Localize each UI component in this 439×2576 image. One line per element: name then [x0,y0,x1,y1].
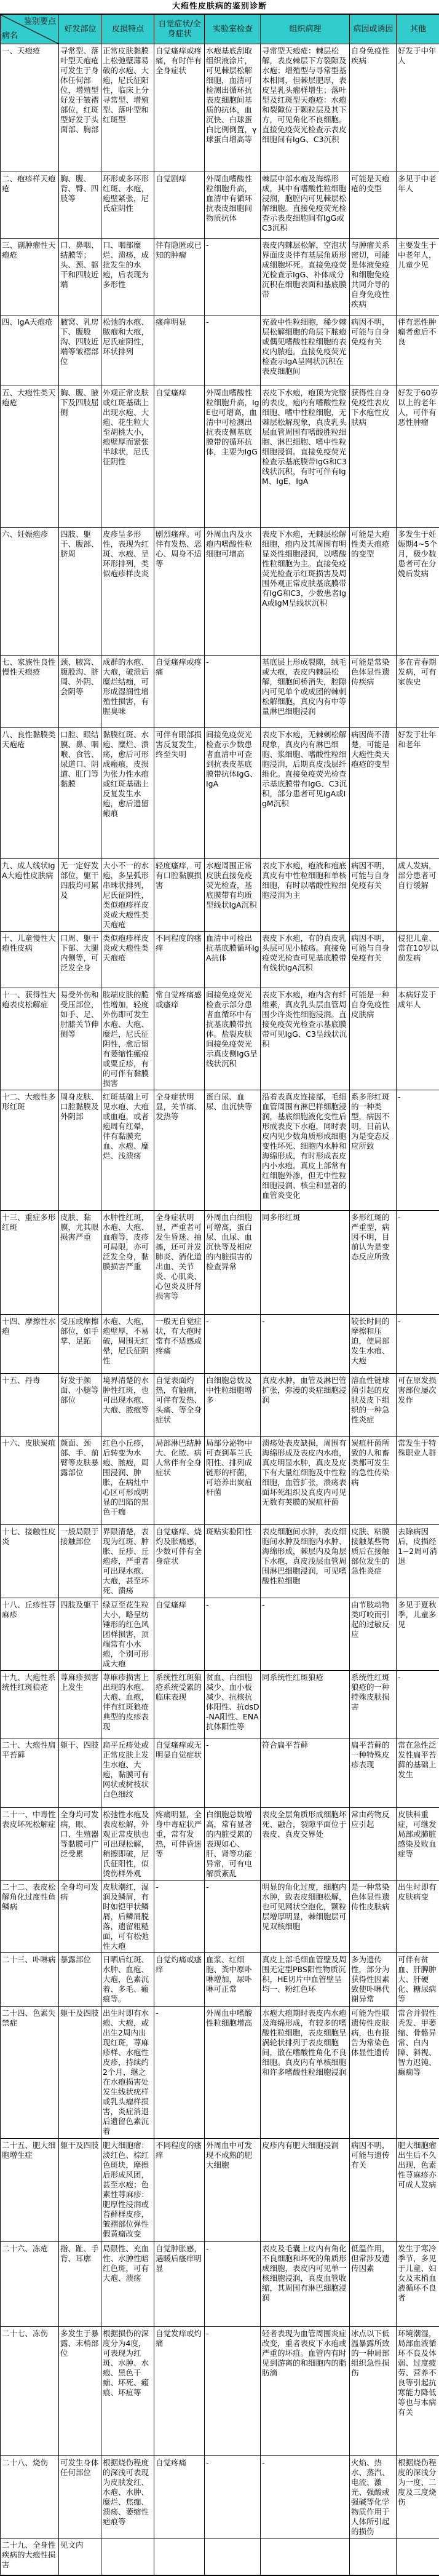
site-cell: 荨麻疹损害上发生 [59,1671,101,1738]
lab-cell: - [205,239,261,315]
corner-label-criteria: 鉴别要点 [24,17,56,27]
table-row: 十八、丘疹性荨麻疹四肢及躯干绿豆至花生粒大小，略呈纺锤形的红色风团样损害，顶端常… [1,1598,439,1671]
cause-cell: 可能为性联遗传性皮肤病，也有报告为常染色体显性遗传 [350,2007,397,2139]
cause-cell: 可能是常染色体显性遗传疾病 [350,656,397,728]
cause-cell: 炭疽杆菌所致的人和畜类都可发生的急性传染病 [350,1437,397,1525]
lesion-cell: 日晒后红斑、水肿、血疱、大疱，色素沉着、多毛、瘢痕等。 [101,1953,154,2007]
disease-name-cell: 六、妊娠疱疹 [1,528,59,656]
disease-name-cell: 二十、大疱性扁平苔藓 [1,1738,59,1808]
site-cell: 寻常型、落叶型天疱疮可发生于身体任何部位，增殖型好发于皱褶部位，红斑型好发于头面… [59,44,101,172]
other-cell: 常在急性泛发性扁平苔藓的基础上发生 [397,1738,439,1808]
pathology-cell: 皮疹内有肥大细胞浸润 [261,2139,350,2242]
lab-cell: - [205,1880,261,1953]
cause-cell: 皮肤、粘膜接触某些物质后在接触部位发生的急性炎症 [350,1525,397,1598]
table-row: 八、良性黏膜类天疱疮口腔、眼结膜、鼻、咽喉、食管、尿道口、阴道、肛门等黏膜黏膜红… [1,728,439,859]
pathology-cell: 水疱大疱期时表皮内水疱及海绵形成，有较多的嗜酸性粒细胞，表皮细胞呈涡轮状排列于表… [261,2007,350,2139]
lesion-cell: 根据烧伤程度的深浅可表现为皮肤发红、水疱、水肿、糜烂、焦痂、溃疡、萎缩性疤痕等 [101,2456,154,2538]
other-cell: 皮肤科重症，可继发局部或肺脏感染及败血症等 [397,1808,439,1880]
other-cell: 常发生于特殊职业人群 [397,1437,439,1525]
other-cell: - [397,1671,439,1738]
table-row: 十九、大疱性系统性红斑狼疮荨麻疹损害上发生荨麻疹损害上出现的水疱、大疱、血疱，伴… [1,1671,439,1738]
other-cell: 常合并假性秃发、甲萎缩、骨骼异常、白内障、斜视、智力迟钝、癫痫等 [397,2007,439,2139]
lab-cell: - [205,2327,261,2456]
disease-name-cell: 九、成人线状IgA大疱性皮肤病 [1,859,59,932]
other-cell: 发生于寒冷季节，多见于儿童、妇女及末梢血液循环不良者 [397,2242,439,2327]
symptom-cell: 瘙痒明显 [154,315,205,386]
symptom-cell [154,2538,205,2575]
other-cell: - [397,1211,439,1315]
column-header-cause: 病因或诱因 [350,14,397,44]
table-row: 二十一、中毒性表皮坏死松解症全身均可发病，眼、口、生殖器等黏膜可广泛受累松弛性水… [1,1808,439,1880]
symptom-cell: 自觉瘙痒或疼痛 [154,656,205,728]
table-row: 十一、获得性大疱表皮松解症易受外伤和受压部位，如手、足、肘膝关节伸侧等肢端皮肤的… [1,988,439,1090]
site-cell: 多发生于暴露、末梢部位 [59,2327,101,2456]
lesion-cell: 环形或多环形红斑、水疱，疱壁紧张，尼氏症阴性 [101,172,154,239]
disease-name-cell: 二十三、卟啉病 [1,1953,59,2007]
symptom-cell: 不同程度的瘙痒 [154,932,205,988]
lab-cell: 蛋白尿、血尿、血沉快等 [205,1090,261,1211]
lesion-cell: 正常皮肤黏膜上松弛壁薄易破的水疱、大疱，尼氏征阳性，临床上分寻常型、增殖型、落叶… [101,44,154,172]
disease-name-cell: 十四、摩擦性水疱 [1,1315,59,1374]
symptom-cell: 自觉灼痛或瘙痒 [154,1953,205,2007]
pathology-cell: 表皮细胞间水肿，表皮细胞间水肿及细胞内水肿、海绵形成，棘层内及角层下水疱，真皮浅… [261,1525,350,1598]
lesion-cell: 红色小丘疹，后转变为水疱、脓疱，周围浸润、肿胀，在病灶中心区可形成明显的凹陷的黑… [101,1437,154,1525]
disease-name-cell: 四、IgA天疱疮 [1,315,59,386]
lesion-cell: 皮疹呈多形性，表现为红斑、水疱、呈环形排列，类似疱疹样皮炎 [101,528,154,656]
lab-cell: 白细胞总数增高，常有显著的内脏受累的表现如心、肝、肾等功能异常，可有电解质紊乱 [205,1808,261,1880]
site-cell: 指、趾、手背、耳廓 [59,2242,101,2327]
site-cell: 颈、腋窝、腹股沟、脐周、外阴、会阴等 [59,656,101,728]
lab-cell: 外周血嗜酸性粒细胞升高，IgE也可增高，血清中可检测出抗表皮侧基底膜带的循环抗体… [205,386,261,528]
symptom-cell: 自觉瘙痒或疼痛，有时伴有全身症状 [154,44,205,172]
symptom-cell: 可伴有眼部损害反复发生，终至失明 [154,728,205,859]
pathology-cell: 明显的角化过度，细胞内水肿，致表皮细胞松解，也可见网状空泡化，颗粒层增厚明显，棘… [261,1880,350,1953]
pathology-cell: 同系统性红斑狼疮 [261,1671,350,1738]
site-cell: 口周、躯干下部、大腿内侧等，可泛发全身 [59,932,101,988]
pathology-cell: 充盈中性粒细胞，稀少棘层松解细胞的角层下脓疱或偶见嗜酸性粒细胞的表皮内脓疱。直接… [261,315,350,386]
site-cell: 口腔、眼结膜、鼻、咽喉、食管、尿道口、阴道、肛门等黏膜 [59,728,101,859]
lesion-cell: 局限性、充血性、水肿性暗红色斑，可有大疱、溃疡 [101,2242,154,2327]
other-cell: 本病好发于成年人 [397,988,439,1090]
site-cell: 胸、腹、背、臀、四肢等 [59,172,101,239]
site-cell: 四肢、躯干、腹部、脐周 [59,528,101,656]
other-cell: 好发于中年人 [397,44,439,172]
table-row: 七、家族性良性慢性天疱疮颈、腋窝、腹股沟、脐周、外阴、会阴等成群的水疱、大疱，破… [1,656,439,728]
lab-cell: 间接免疫荧光检查示部分患者血循环中有抗基底膜带抗体。盐裂皮肤间接免疫荧光示真皮侧… [205,988,261,1090]
cause-cell: 病因不明，可能与遗传有关 [350,2139,397,2242]
lesion-cell: 松弛的水疱、脓疱和大疱，尼氏症阴性，环状排列 [101,315,154,386]
lesion-cell [101,2538,154,2575]
lab-cell: 白细胞总数及中性粒细胞增多 [205,1374,261,1437]
site-cell: 皮肤、黏膜，尤其眼损害严重 [59,1211,101,1315]
column-header-symptom: 自觉症状/全身症状 [154,14,205,44]
pathology-cell: 表皮下水疱，疱内含有纤维素，真皮乳头层血管周围少许炎性细胞浸润。直接免疫荧光检查… [261,988,350,1090]
disease-name-cell: 二十二、表皮松解角化过度性鱼鳞病 [1,1880,59,1953]
site-cell: 腋窝、乳房下、腹股沟、四肢近端等皱褶部位 [59,315,101,386]
table-row: 二十九、全身性疾病的大疱性损害见文内 [1,2538,439,2575]
pathology-cell: 符合扁平苔藓 [261,1738,350,1808]
symptom-cell: - [154,1880,205,1953]
lesion-cell: 肥大细胞瘤：淡红色、棕红色斑块，摩擦后形成风团，甚至水疱；色素性荨麻疹：肥厚性浸… [101,2139,154,2242]
lesion-cell: 扁平丘疹处或正常皮肤上发生水疱、大疱，黏膜可有网状或树枝状白色细纹 [101,1738,154,1808]
lab-cell: - [205,2456,261,2538]
lab-cell: - [205,1738,261,1808]
lab-cell [205,2538,261,2575]
cause-cell: 与肿瘤关系密切，可能是体液免疫和细胞免疫共同介导的自身免疫性疾病 [350,239,397,315]
other-cell: 出生时即有皮肤病变 [397,1880,439,1953]
site-cell: 受压或摩擦部位，如手掌、足跖 [59,1315,101,1374]
cause-cell: 多形红斑的严重型，病因不明，目前认为是变态反应所致 [350,1211,397,1315]
site-cell: 一般局限于接触部位 [59,1525,101,1598]
site-cell: 周身皮肤、口腔黏膜及外阴部 [59,1090,101,1211]
other-cell: - [397,1315,439,1374]
symptom-cell: 自觉瘙痒 [154,1598,205,1671]
disease-name-cell: 十八、丘疹性荨麻疹 [1,1598,59,1671]
cause-cell: 自身免疫性疾病 [350,44,397,172]
disease-name-cell: 十七、接触性皮炎 [1,1525,59,1598]
site-cell: 易受外伤和受压部位，如手、足、肘膝关节伸侧等 [59,988,101,1090]
other-cell: 多见于夏秋季，儿童多见 [397,1598,439,1671]
differential-diagnosis-table: 鉴别要点 病名 好发部位 皮损特点 自觉症状/全身症状 实验室检查 组织病理 病… [0,14,439,2576]
lesion-cell: 皮肤潮红，湿润及鳞屑，有时如铠甲状鳞屑，后鳞屑脱落，遗留粗糙面，可有松弛性大疱 [101,1880,154,1953]
lab-cell: 外周血白细胞可增高，蛋白尿、血尿、血沉快等及相应的内脏损害的检查异常 [205,1211,261,1315]
disease-name-cell: 五、大疱性类天疱疮 [1,386,59,528]
symptom-cell: 系统性红斑狼疮系统受累的临床表现 [154,1671,205,1738]
disease-name-cell: 一、天疱疮 [1,44,59,172]
page-title: 大疱性皮肤病的鉴别诊断 [0,0,439,14]
header-row: 鉴别要点 病名 好发部位 皮损特点 自觉症状/全身症状 实验室检查 组织病理 病… [1,14,439,44]
pathology-cell: 沿着表真皮连接部，毛细血管周围有淋巴样细胞浸润，基底细胞液化变性后形成表皮下水疱… [261,1090,350,1211]
cause-cell: 多为遗传性，部分为获得性因素致使卟啉代谢异常 [350,1953,397,2007]
other-cell: 可伴有贫血、肝脾肿大、肝硬化、糖尿病等 [397,1953,439,2007]
pathology-cell: 表皮内棘层松解，空泡状界面皮炎伴有基层角质形成细胞坏死。直接免疫荧光检查示IgG… [261,239,350,315]
corner-header-cell: 鉴别要点 病名 [1,14,59,44]
lesion-cell: 根据损伤的深度分为4度，可表现为红斑、水肿、水疱、黑色干痂、坏死、瘢痕、坏疽等 [101,2327,154,2456]
site-cell: 颜面、颈部、手、前臂等皮肤暴露部位 [59,1437,101,1525]
lab-cell: - [205,1315,261,1374]
lab-cell: 外周血中嗜酸性粒细胞增高 [205,2007,261,2139]
cause-cell: 火焰、热水、蒸汽、电流、激光、强酸或强碱等化学物质作用于人体所引起的损伤 [350,2456,397,2538]
cause-cell: 病因不明，可能与自身免疫有关 [350,932,397,988]
cause-cell: 病因不明，可能与自身免疫有关 [350,859,397,932]
lab-cell: 水疱基底刮取组织液涂片，可见棘层松解细胞，血清可检测出循环抗表皮细胞间基质的抗体… [205,44,261,172]
disease-name-cell: 三、副肿瘤性天疱疮 [1,239,59,315]
lesion-cell: 类似疱疹样皮炎或大疱性类天疱疮 [101,932,154,988]
other-cell: 根据烧伤程度的深浅分为一度、二度及三度烧伤 [397,2456,439,2538]
pathology-cell: - [261,2456,350,2538]
lab-cell: - [205,656,261,728]
table-row: 二十三、卟啉病暴露部位日晒后红斑、水肿、血疱、大疱，色素沉着、多毛、瘢痕等。自觉… [1,1953,439,2007]
pathology-cell: 寻常型天疱疮：棘层松解，表皮棘层下方裂隙及水疱；增殖型与寻常型基本相同，但棘层肥… [261,44,350,172]
pathology-cell: 真皮上部毛细血管壁及周围无定型PBS阳性物质沉积，HE切片中血管壁呈均一、粉红色… [261,1953,350,2007]
table-row: 二十八、烧伤可发生身体任何部位根据烧伤程度的深浅可表现为皮肤发红、水疱、水肿、糜… [1,2456,439,2538]
lesion-cell: 黏膜红斑、水疱、糜烂、溃疡，愈后可形成瘢痕，皮损为张力性水疱或红斑基础上反复发生… [101,728,154,859]
lesion-cell: 成群的水疱、大疱，破溃后糜烂结痂，可形成湿润性增殖性损害，有腥臭味 [101,656,154,728]
disease-name-cell: 二十九、全身性疾病的大疱性损害 [1,2538,59,2575]
pathology-cell: 表皮下水疱，有的真皮乳头层可见小脓疡。直接免疫荧光检查可见基底膜带有线状IgA沉… [261,932,350,988]
table-row: 二十、大疱性扁平苔藓躯干、四肢扁平丘疹处或正常皮肤上发生水疱、大疱，黏膜可有网状… [1,1738,439,1808]
disease-name-cell: 十三、重症多形红斑 [1,1211,59,1315]
table-row: 二十四、色素失禁症躯干及四肢出生时即有水疱、大疱，或出生2周内出现红斑，荨麻疹样… [1,2007,439,2139]
symptom-cell: 自觉瘙痒 [154,386,205,528]
column-header-lab: 实验室检查 [205,14,261,44]
site-cell: 躯干、四肢 [59,1738,101,1808]
cause-cell: 病因不明，可能与自身免疫有关 [350,315,397,386]
lab-cell: 外周血中可发现不成熟的肥大细胞 [205,2139,261,2242]
symptom-cell: 自觉疼痛 [154,2456,205,2538]
pathology-cell: 表皮下水疱，无棘刺松解现象，真皮内有淋巴细胞、浆细胞、嗜酸性粒细胞浸润，后期真皮… [261,728,350,859]
cause-cell: 系多形红斑的一种类型，病因不明，目前认为是变态反应所致 [350,1090,397,1211]
site-cell: 可发生身体任何部位 [59,2456,101,2538]
pathology-cell: - [261,1315,350,1374]
other-cell: 多发生于妊娠期4~5个月，极少数患者可在分娩后发病 [397,528,439,656]
cause-cell: 常由药物反应引起 [350,1808,397,1880]
disease-name-cell: 二十一、中毒性表皮坏死松解症 [1,1808,59,1880]
cause-cell: 溶血性链球菌引起的皮肤及皮下组织的一种急性炎症 [350,1374,397,1437]
symptom-cell: 自觉表面灼热，有触痛，可伴有发热、头痛、等全身症状 [154,1374,205,1437]
disease-name-cell: 八、良性黏膜类天疱疮 [1,728,59,859]
pathology-cell: 基底层上形成裂隙，绒毛或大疱，表皮内棘层松解，细胞间桥消失，腔隙内可见单个或成团… [261,656,350,728]
site-cell: 暴露部位 [59,1953,101,2007]
cause-cell: 可能是大疱性类天疱疮的变型 [350,528,397,656]
lab-cell: 局部分泌物中可查到革兰氏阳性、排列成链形的杆菌，可培养出炭疽杆菌 [205,1437,261,1525]
site-cell: 全身均可发病，眼、口、生殖器等黏膜可广泛受累 [59,1808,101,1880]
other-cell: 肥大细胞瘤出生后不久出现，色素性荨麻疹亦可成人发病 [397,2139,439,2242]
symptom-cell: 全身症状明显，严重者可发生昏迷、抽搐，还可并发肺炎、消化道出血、关节炎、心肌炎、… [154,1211,205,1315]
pathology-cell: 表皮下水疱，疱顶为完整的表皮，疱内有嗜酸性粒细胞、嗜中性粒细胞，无棘层松解现象，… [261,386,350,528]
cause-cell: 较长时间的摩擦和压迫，使局部发生水疱、大疱 [350,1315,397,1374]
site-cell: 胸、腹、腋下及四肢屈侧 [59,386,101,528]
table-row: 十七、接触性皮炎一般局限于接触部位界限清楚，表现为红斑、肿胀、丘疹、丘疱疹，严重… [1,1525,439,1598]
disease-name-cell: 二、疱疹样天疱疮 [1,172,59,239]
other-cell: 成人发病，部分患者可自行缓解 [397,859,439,932]
symptom-cell: 自觉瘙痒或无明显自觉症状 [154,1738,205,1808]
column-header-pathology: 组织病理 [261,14,350,44]
pathology-cell: 棘层中部水疱及海绵形成，其中有嗜酸性粒细胞浸润，胞腔内可见棘层松解细胞。直接免疫… [261,172,350,239]
other-cell: 去除病因后，皮损经1~2周可消退 [397,1525,439,1598]
lab-cell: 间接免疫荧光检查示少数患者血清中可查到抗表皮基底膜带抗体IgG、IgA [205,728,261,859]
site-cell: 好发于颜面、小腿等部位 [59,1374,101,1437]
other-cell: 伴有恶性肿瘤者愈后不良 [397,315,439,386]
symptom-cell: 轻度瘙痒，可有口腔黏膜损害 [154,859,205,932]
table-row: 五、大疱性类天疱疮胸、腹、腋下及四肢屈侧外观正常皮肤或红斑基础上出现水疱、大疱、… [1,386,439,528]
disease-name-cell: 二十八、烧伤 [1,2456,59,2538]
other-cell: - [397,1090,439,1211]
pathology-cell: 溃疡处表皮缺损，周围有海绵形成及表皮内水疱，真皮明显水肿，真皮及皮下有大量红细胞… [261,1437,350,1525]
symptom-cell: 自觉剧痒 [154,172,205,239]
lesion-cell: 外观正常皮肤或红斑基础上出现水疱、大疱、花生粒大至胡桃大小，疱壁厚而紧张半球状，… [101,386,154,528]
table-row: 二十七、冻伤多发生于暴露、末梢部位根据损伤的深度分为4度，可表现为红斑、水肿、水… [1,2327,439,2456]
lab-cell: - [205,1598,261,1671]
disease-name-cell: 十五、丹毒 [1,1374,59,1437]
symptom-cell: - [154,2007,205,2139]
pathology-cell: 表皮下水疱，无棘层松解细胞，疱内及其周围有明显炎性细胞浸润，以嗜酸性粒细胞为主。… [261,528,350,656]
disease-name-cell: 二十七、冻伤 [1,2327,59,2456]
disease-name-cell: 二十四、色素失禁症 [1,2007,59,2139]
other-cell: 多在青春期发病，可有家族史 [397,656,439,728]
symptom-cell: 全身症状明显，关节痛、发热等 [154,1090,205,1211]
table-body: 一、天疱疮寻常型、落叶型天疱疮可发生于身体任何部位，增殖型好发于皱褶部位，红斑型… [1,44,439,2575]
symptom-cell: 疼痛明显，全身中毒症状严重，常有发热，可伴昏迷等 [154,1808,205,1880]
lesion-cell: 境界清楚的水肿性红斑，也可出现水疱、大疱、脓疱等 [101,1374,154,1437]
lab-cell: 贫血、白细胞减少、血小板减少、抗核抗体阳性、抗dsD-NA阳性、ENA抗体阳性等 [205,1671,261,1738]
column-header-site: 好发部位 [59,14,101,44]
disease-name-cell: 二十六、冻疮 [1,2242,59,2327]
pathology-cell: 表皮全层角质形成细胞坏死、融合，裂隙平面位于表皮、真皮交界处 [261,1808,350,1880]
pathology-cell: - [261,1598,350,1671]
cause-cell: 可能是一种自身免疫性皮肤病 [350,988,397,1090]
site-cell: 全身均可发病 [59,1880,101,1953]
column-header-lesion: 皮损特点 [101,14,154,44]
column-header-other: 其他 [397,14,439,44]
symptom-cell: 不同程度的瘙痒 [154,2139,205,2242]
other-cell: 好发于60岁以上的老年人，可伴有恶性肿瘤 [397,386,439,528]
cause-cell: 冰点以下低温暴露所致的一种局部组织急性损伤 [350,2327,397,2456]
cause-cell: 病因尚不清楚，可能是大疱性类天疱疮的变型 [350,728,397,859]
site-cell: 无一定好发部位，躯干四肢均可累及 [59,859,101,932]
cause-cell: 系统性红斑狼疮的一种特殊皮肤损害 [350,1671,397,1738]
disease-name-cell: 十、儿童慢性大疱性皮病 [1,932,59,988]
disease-name-cell: 七、家族性良性慢性天疱疮 [1,656,59,728]
lesion-cell: 肢端皮肤的脆性增加，轻度外伤即可发生水疱、大疱、糜烂，尼氏征阴性，愈后留有萎缩性… [101,988,154,1090]
table-row: 九、成人线状IgA大疱性皮肤病无一定好发部位，躯干四肢均可累及大小不一的水疱，多… [1,859,439,932]
table-row: 二、疱疹样天疱疮胸、腹、背、臀、四肢等环形或多环形红斑、水疱，疱壁紧张，尼氏症阴… [1,172,439,239]
table-row: 十二、大疱性多形红斑周身皮肤、口腔黏膜及外阴部红斑基础上可见水疱、大疱或血疱，或… [1,1090,439,1211]
symptom-cell: 局部淋巴结肿大、化脓、病人常伴有全身症状 [154,1437,205,1525]
lab-cell: - [205,2242,261,2327]
symptom-cell: 伴有隐匿或已知的肿瘤 [154,239,205,315]
lesion-cell: 红斑基础上可见水疱、大疱或血疱，或者疱周有红晕，伴有黏膜充血、水疱、糜烂、浅溃疡 [101,1090,154,1211]
table-row: 四、IgA天疱疮腋窝、乳房下、腹股沟、四肢近端等皱褶部位松弛的水疱、脓疱和大疱，… [1,315,439,386]
table-row: 二十五、肥大细胞增生症躯干及四肢肥大细胞瘤：淡红色、棕红色斑块，摩擦后形成风团，… [1,2139,439,2242]
symptom-cell: 剧烈瘙痒。可伴有发热、恶心、周身不适等 [154,528,205,656]
symptom-cell: 自觉发痒或灼痛 [154,2327,205,2456]
table-row: 二十二、表皮松解角化过度性鱼鳞病全身均可发病皮肤潮红，湿润及鳞屑，有时如铠甲状鳞… [1,1880,439,1953]
corner-label-disease: 病名 [2,31,18,41]
site-cell: 躯干及四肢 [59,2007,101,2139]
pathology-cell [261,2538,350,2575]
lesion-cell: 水肿性红斑，水疱、大疱、血疱等，皮疹可局限，亦可泛发全身，黏膜损害严重 [101,1211,154,1315]
symptom-cell: 一般无自觉症状，有大疱时常有不适感或疼痛 [154,1315,205,1374]
table-row: 十六、皮肤炭疽颜面、颈部、手、前臂等皮肤暴露部位红色小丘疹，后转变为水疱、脓疱，… [1,1437,439,1525]
other-cell [397,2538,439,2575]
cause-cell: 低温作用，但常涉及遗传因素 [350,2242,397,2327]
lab-cell: 外周血嗜酸性粒细胞升高，血清中有循环抗表皮细胞间物质抗体 [205,172,261,239]
lab-cell: 血浆、红细胞、粪中原卟啉增加，尿卟啉可正常 [205,1953,261,2007]
lab-cell: - [205,315,261,386]
lesion-cell: 口、咽部糜烂、溃疡，成批发生的水疱，后表现为多形性 [101,239,154,315]
cause-cell [350,2538,397,2575]
lab-cell: 外周血内及水疱内嗜酸性粒细胞可增高 [205,528,261,656]
table-row: 一、天疱疮寻常型、落叶型天疱疮可发生于身体任何部位，增殖型好发于皱褶部位，红斑型… [1,44,439,172]
pathology-cell: 同多形红斑 [261,1211,350,1315]
cause-cell: 是一种常染色体显性遗传性皮肤病 [350,1880,397,1953]
cause-cell: 扁平苔藓的一种特殊皮疹表现 [350,1738,397,1808]
disease-name-cell: 二十五、肥大细胞增生症 [1,2139,59,2242]
lesion-cell: 松弛性水疱及表皮松解，外观正常皮肤也可出现松解，稍擦即破，尼氏征阳性，似烫伤样外… [101,1808,154,1880]
lesion-cell: 大小不一的水疱，多呈弧形串珠状排列，尼氏征阴性，类似疱疹样皮炎或大疱性类天疱疮 [101,859,154,932]
cause-cell: 由节肢动物类叮咬而引起的过敏反应 [350,1598,397,1671]
lesion-cell: 界限清楚，表现为红斑、肿胀、丘疹、丘疱疹，严重者可出现水疱、大疱，甚至坏死、溃疡 [101,1525,154,1598]
symptom-cell: 常自觉疼痛感或瘙痒 [154,988,205,1090]
lab-cell: 斑贴实验阳性 [205,1525,261,1598]
disease-name-cell: 十六、皮肤炭疽 [1,1437,59,1525]
cause-cell: 可能是天疱疮的变型 [350,172,397,239]
lesion-cell: 水疱、大疱，疱壁厚，不易破，周围无红晕，尼氏征阴性 [101,1315,154,1374]
lab-cell: 水疱周围正常皮肤直接免疫荧光检查，基底膜带有均质型线状IgA沉积 [205,859,261,932]
lesion-cell: 出生时即有水疱、大疱，或出生2周内出现红斑，荨麻疹样、水疱性皮疹，持续约2个月，… [101,2007,154,2139]
site-cell: 四肢及躯干 [59,1598,101,1671]
other-cell: 好发于壮年和老年 [397,728,439,859]
pathology-cell: 真皮水肿，血管及淋巴管扩张，弥漫的炎症细胞浸润 [261,1374,350,1437]
pathology-cell: 表皮下水疱，疱液和疱底真皮有中性粒细胞和单核细胞，有时以嗜酸性粒细胞浸润为主 [261,859,350,932]
lesion-cell: 绿豆至花生粒大小，略呈纺锤形的红色风团样损害，顶端常有小水疱，个别可形成大疱 [101,1598,154,1671]
other-cell: 多见于中老年人 [397,172,439,239]
lab-cell: 血清中可检出抗基底膜循环IgA抗体 [205,932,261,988]
site-cell: 躯干及四肢 [59,2139,101,2242]
pathology-cell: 轻者表现为血管周围炎症改变，重者表皮下水疱或严重的坏疽。血管内有时见到游离的和细… [261,2327,350,2456]
site-cell: 口、鼻咽、结膜等；头、颈、躯干和四肢近端 [59,239,101,315]
other-cell: 侵犯儿童、常在10岁以前发病 [397,932,439,988]
site-cell: 见文内 [59,2538,101,2575]
other-cell: 环境潮湿，局部血液循环不良及体弱、过度疲劳、营养不良等引起抗寒能力降低等也与本病… [397,2327,439,2456]
lesion-cell: 荨麻疹损害上出现的水疱、大疱、血疱，伴有红斑狼疮典型的皮疹表现 [101,1671,154,1738]
disease-name-cell: 十九、大疱性系统性红斑狼疮 [1,1671,59,1738]
table-row: 十、儿童慢性大疱性皮病口周、躯干下部、大腿内侧等，可泛发全身类似疱疹样皮炎或大疱… [1,932,439,988]
symptom-cell: 自觉肿胀感，遇暖后瘙痒明显 [154,2242,205,2327]
table-row: 十四、摩擦性水疱受压或摩擦部位，如手掌、足跖水疱、大疱，疱壁厚，不易破，周围无红… [1,1315,439,1374]
table-row: 六、妊娠疱疹四肢、躯干、腹部、脐周皮疹呈多形性，表现为红斑、水疱、呈环形排列，类… [1,528,439,656]
other-cell: 主要发生于中老年人，儿童少见 [397,239,439,315]
disease-name-cell: 十一、获得性大疱表皮松解症 [1,988,59,1090]
table-row: 三、副肿瘤性天疱疮口、鼻咽、结膜等；头、颈、躯干和四肢近端口、咽部糜烂、溃疡，成… [1,239,439,315]
symptom-cell: 自觉瘙痒、烧灼及胀痛感，少数可伴有全身症状 [154,1525,205,1598]
table-row: 十三、重症多形红斑皮肤、黏膜，尤其眼损害严重水肿性红斑，水疱、大疱、血疱等，皮疹… [1,1211,439,1315]
other-cell: 可在原发损害部位屡次发作 [397,1374,439,1437]
table-row: 二十六、冻疮指、趾、手背、耳廓局限性、充血性、水肿性暗红色斑，可有大疱、溃疡自觉… [1,2242,439,2327]
pathology-cell: 表皮及毛囊上皮内有角化不良细胞和坏死的角质形成细胞，表皮内可见单一核细胞浸润，真… [261,2242,350,2327]
disease-name-cell: 十二、大疱性多形红斑 [1,1090,59,1211]
cause-cell: 获得性自身免疫性表皮下水疱性皮肤病 [350,386,397,528]
table-row: 十五、丹毒好发于颜面、小腿等部位境界清楚的水肿性红斑，也可出现水疱、大疱、脓疱等… [1,1374,439,1437]
